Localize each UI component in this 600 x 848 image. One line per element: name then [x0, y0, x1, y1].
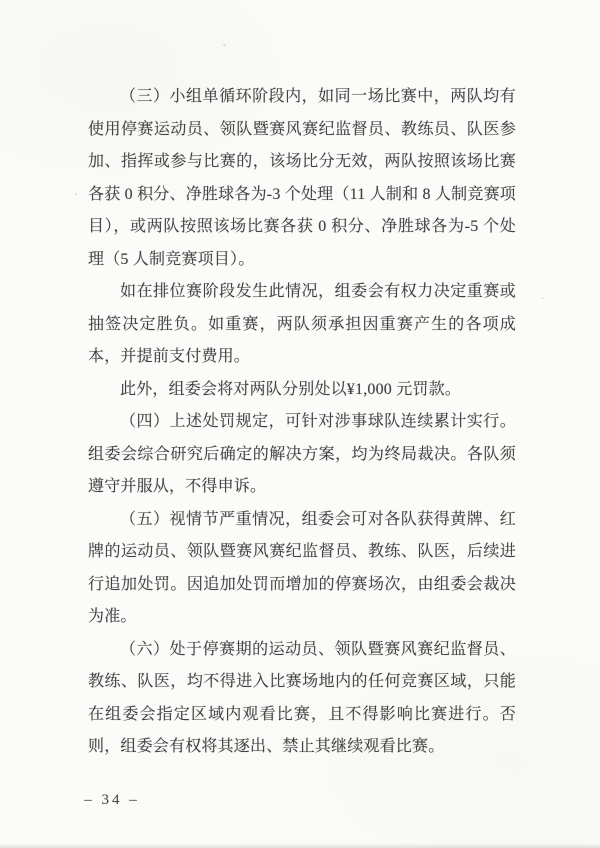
scan-edge-shadow	[0, 843, 600, 848]
paragraph-rule-5: （五）视情节严重情况，组委会可对各队获得黄牌、红牌的运动员、领队暨赛风赛纪监督员…	[88, 504, 516, 634]
paragraph-rule-3: （三）小组单循环阶段内，如同一场比赛中，两队均有使用停赛运动员、领队暨赛风赛纪监…	[88, 81, 516, 276]
paragraph-rule-4: （四）上述处罚规定，可针对涉事球队连续累计实行。组委会综合研究后确定的解决方案，…	[88, 406, 516, 504]
scan-speck	[75, 193, 77, 195]
paragraph-fine-provision: 此外，组委会将对两队分别处以¥1,000 元罚款。	[88, 374, 516, 407]
document-page: （三）小组单循环阶段内，如同一场比赛中，两队均有使用停赛运动员、领队暨赛风赛纪监…	[0, 0, 600, 848]
scan-speck	[541, 297, 544, 299]
paragraph-replay-provision: 如在排位赛阶段发生此情况，组委会有权力决定重赛或抽签决定胜负。如重赛，两队须承担…	[88, 276, 516, 374]
paragraph-rule-6: （六）处于停赛期的运动员、领队暨赛风赛纪监督员、教练、队医，均不得进入比赛场地内…	[88, 634, 516, 764]
scan-speck	[223, 44, 226, 46]
document-body: （三）小组单循环阶段内，如同一场比赛中，两队均有使用停赛运动员、领队暨赛风赛纪监…	[88, 81, 516, 764]
page-number: – 34 –	[72, 792, 152, 809]
